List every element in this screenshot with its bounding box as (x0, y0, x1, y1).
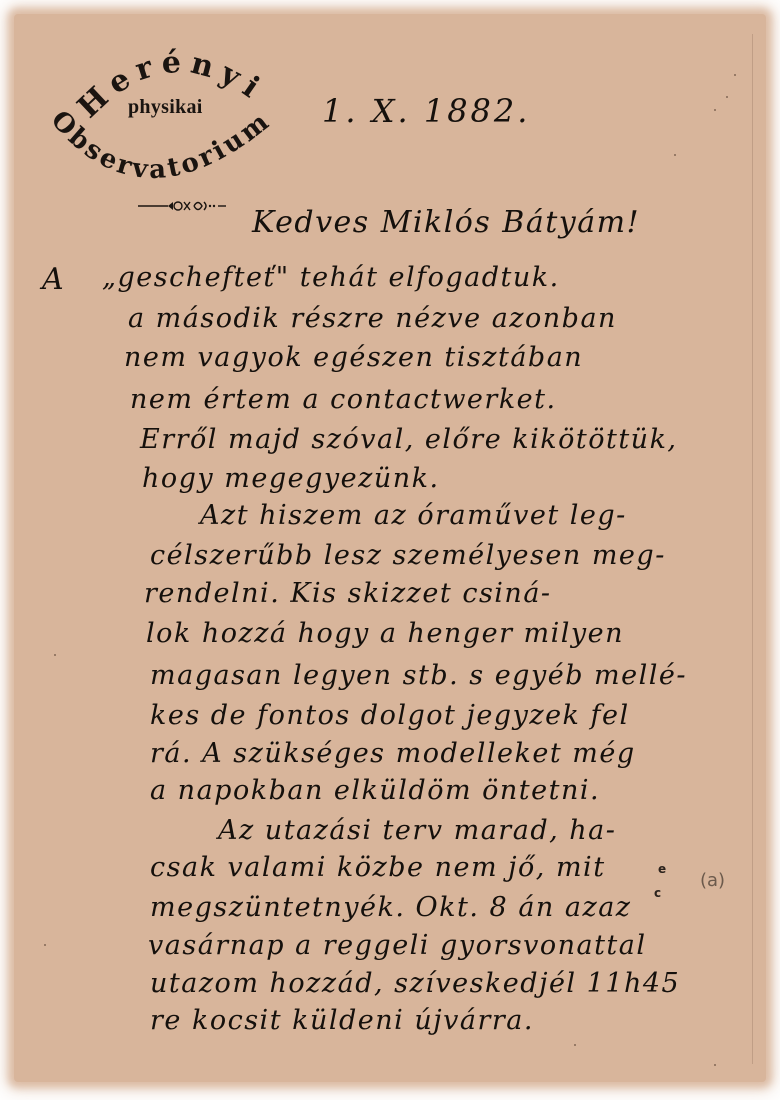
letterhead-stamp: Herényi Observatorium physikai (30, 40, 310, 210)
letter-line: Azt hiszem az óraművet leg- (200, 500, 627, 531)
paper-speck (54, 654, 56, 656)
letter-line: vasárnap a reggeli gyorsvonattal (148, 930, 647, 961)
letter-line: lok hozzá hogy a henger milyen (146, 618, 624, 649)
letter-line: nem vagyok egészen tisztában (124, 342, 583, 373)
letter-line: rendelni. Kis skizzet csiná- (144, 578, 552, 609)
paper-speck (734, 74, 736, 76)
letter-line: Az utazási terv marad, ha- (218, 815, 616, 846)
letter-line: magasan legyen stb. s egyéb mellé- (150, 660, 687, 691)
paper-speck (674, 154, 676, 156)
paper-speck (714, 109, 716, 111)
letter-line: rá. A szükséges modelleket még (150, 738, 636, 769)
letter-date: 1. X. 1882. (322, 92, 530, 130)
pencil-annotation: (a) (700, 870, 725, 891)
letter-line: re kocsit küldeni újvárra. (150, 1005, 534, 1036)
letter-line: kes de fontos dolgot jegyzek fel (150, 700, 630, 731)
letter-line: megszüntetnyék. Okt. 8 án azaz (150, 892, 632, 923)
letter-line: csak valami közbe nem jő, mit (150, 852, 606, 883)
letter-line: utazom hozzád, szíveskedjél 11h45 (150, 968, 680, 999)
margin-mark: A (42, 262, 65, 297)
ornament-rule-icon (138, 196, 228, 216)
letter-salutation: Kedves Miklós Bátyám! (252, 205, 640, 240)
subscript-annotation: c (654, 886, 661, 900)
letterhead-arc-text: Herényi Observatorium (30, 40, 310, 210)
letter-line: „geschefteť" tehát elfogadtuk. (102, 262, 560, 293)
paper-speck (574, 1044, 576, 1046)
letter-line: a napokban elküldöm öntetni. (150, 775, 600, 806)
letter-line: célszerűbb lesz személyesen meg- (150, 540, 666, 571)
letter-line: nem értem a contactwerket. (130, 384, 557, 415)
letter-line: a második részre nézve azonban (128, 303, 617, 334)
letter-line: hogy megegyezünk. (142, 463, 440, 494)
superscript-annotation: e (658, 862, 666, 876)
paper-speck (726, 96, 728, 98)
letterhead-middle: physikai (128, 96, 203, 119)
paper-speck (44, 944, 46, 946)
letter-line: Erről majd szóval, előre kikötöttük, (140, 424, 678, 455)
paper-speck (714, 1064, 716, 1066)
